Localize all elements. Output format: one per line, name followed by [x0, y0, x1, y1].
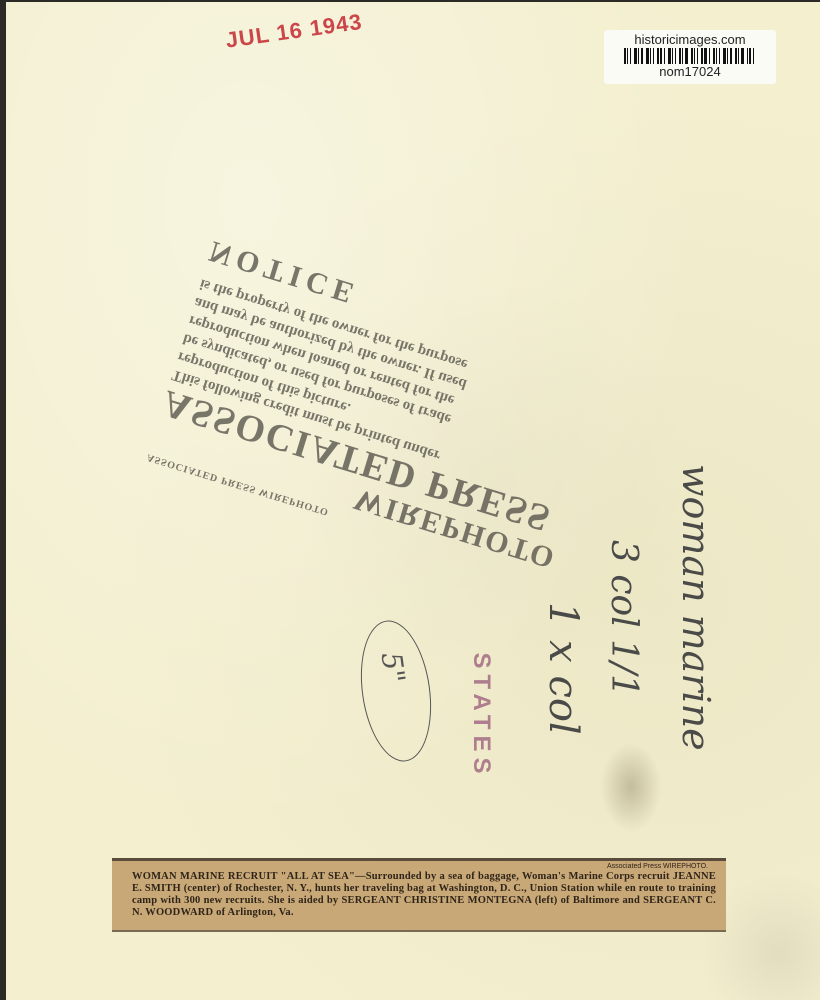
photo-back: JUL 16 1943 historicimages.com nom17024 … — [6, 2, 820, 1000]
barcode-site: historicimages.com — [604, 33, 776, 47]
date-stamp: JUL 16 1943 — [224, 9, 364, 54]
barcode-icon — [604, 48, 776, 64]
ap-wirephoto-stamp: ASSOCIATED PRESS WIREPHOTO WIREPHOTO ASS… — [130, 182, 641, 607]
barcode-label: historicimages.com nom17024 — [604, 30, 776, 84]
caption-clipping: Associated Press WIREPHOTO. WOMAN MARINE… — [112, 858, 726, 932]
barcode-id: nom17024 — [604, 65, 776, 79]
clipping-credit: Associated Press WIREPHOTO. — [132, 863, 716, 871]
states-stamp: STATES — [467, 641, 495, 791]
handwritten-note: 3 col 1/1 — [603, 540, 644, 697]
fingerprint-smudge — [600, 742, 662, 832]
oval-note-text: 5" — [375, 650, 412, 685]
handwritten-note: woman marine — [674, 464, 718, 751]
clipping-caption: WOMAN MARINE RECRUIT "ALL AT SEA"—Surrou… — [132, 871, 716, 919]
oval-size-note: 5" — [352, 616, 439, 766]
handwritten-note: 1 x col — [540, 602, 586, 735]
